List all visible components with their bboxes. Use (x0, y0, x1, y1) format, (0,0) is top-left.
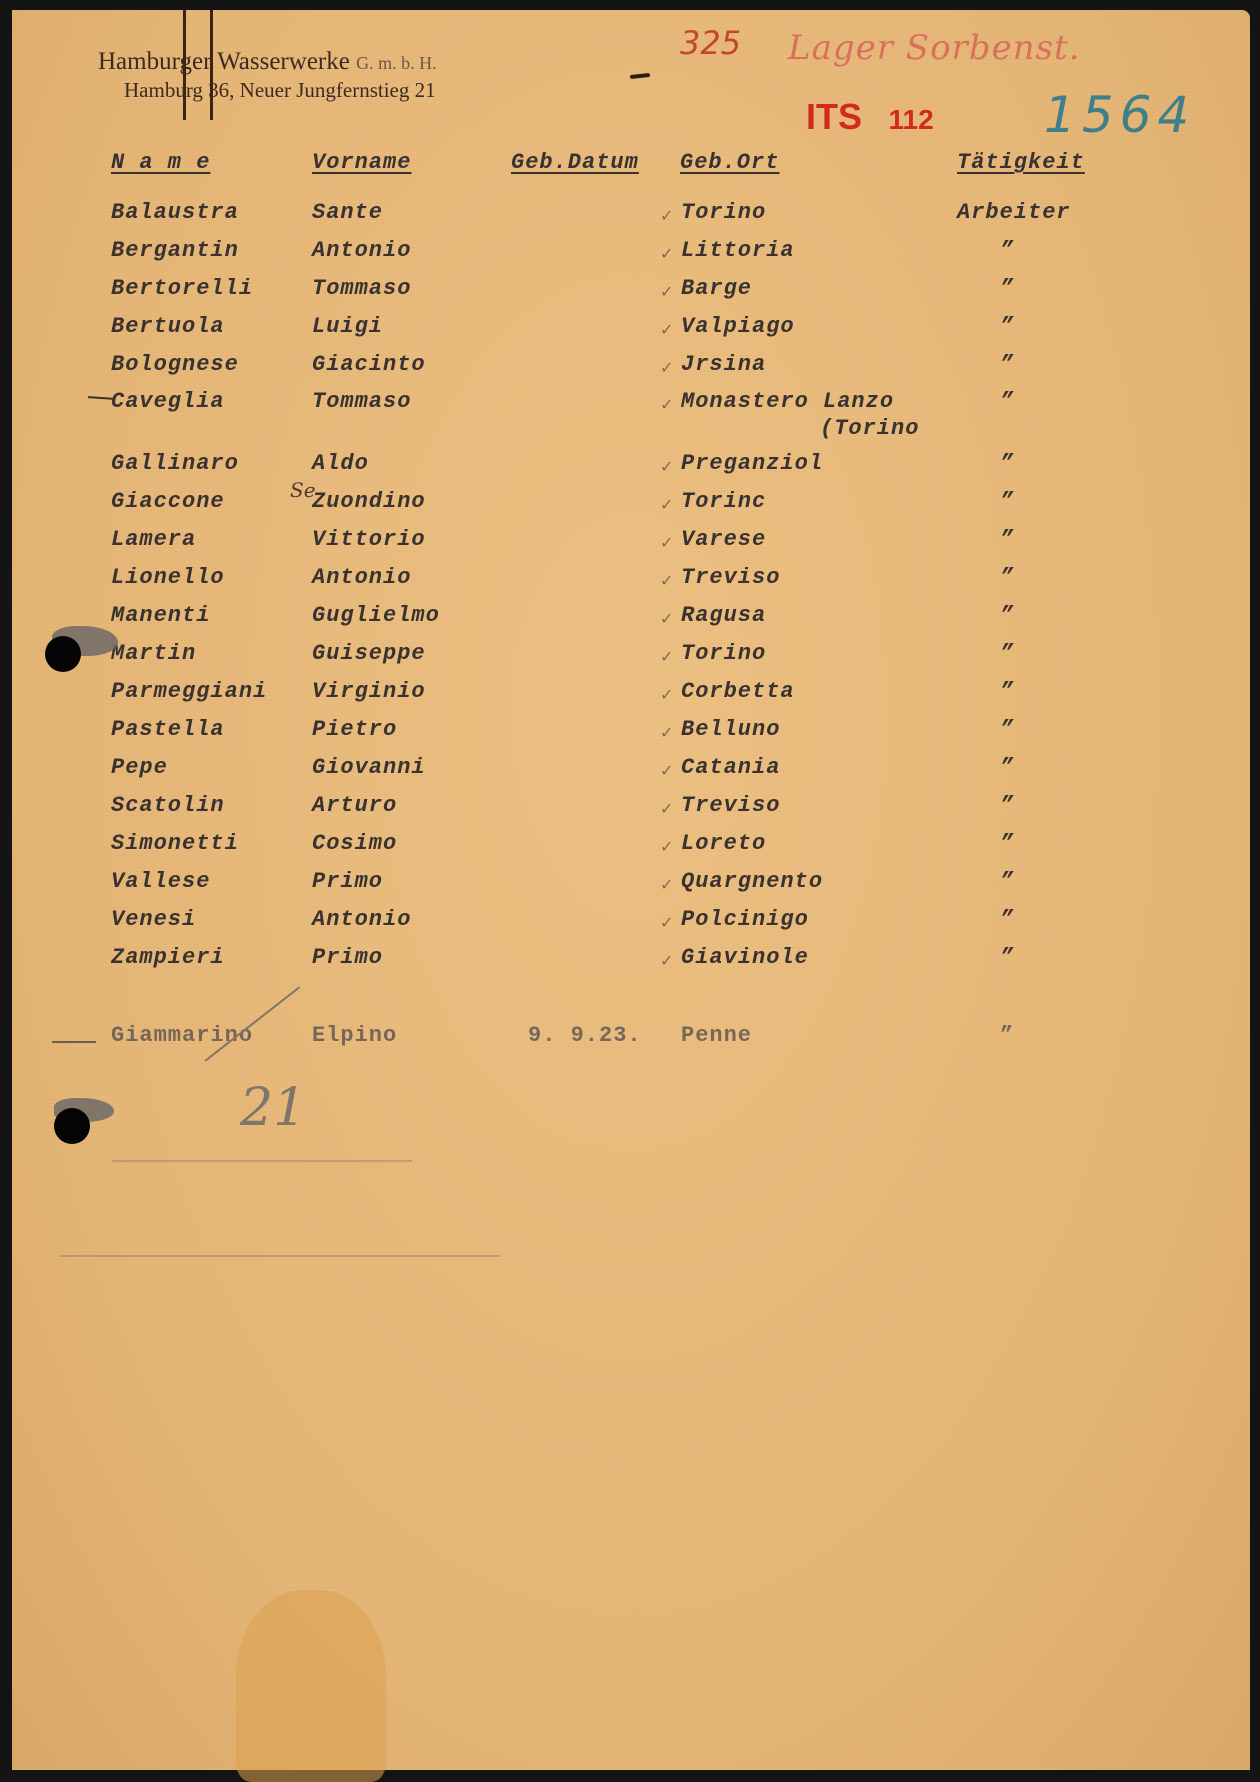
cell-name: Giaccone (111, 489, 225, 514)
checkmark-icon: ✓ (660, 282, 673, 301)
checkmark-icon: ✓ (660, 799, 673, 818)
cell-name: Lamera (111, 527, 196, 552)
cell-taetigkeit: ” (1000, 352, 1014, 377)
cell-geb-ort: Ragusa (681, 603, 766, 628)
cell-name: Venesi (111, 907, 196, 932)
cell-vorname: Virginio (312, 679, 426, 704)
cell-vorname: Giacinto (312, 352, 426, 377)
cell-taetigkeit: ” (1000, 755, 1014, 780)
cell-vorname: Guglielmo (312, 603, 440, 628)
cell-vorname: Guiseppe (312, 641, 426, 666)
header-vorname: Vorname (312, 150, 411, 175)
pencil-number: 21 (240, 1078, 306, 1138)
cell-geb-ort: Jrsina (681, 352, 766, 377)
cell-geb-ort: Barge (681, 276, 752, 301)
cell-taetigkeit: ” (1000, 451, 1014, 476)
cell-vorname: Giovanni (312, 755, 426, 780)
cell-taetigkeit: ” (1000, 717, 1014, 742)
cell-vorname: Sante (312, 200, 383, 225)
checkmark-icon: ✓ (660, 951, 673, 970)
header-name: N a m e (111, 150, 210, 175)
cell-taetigkeit: ” (1000, 679, 1014, 704)
cell-taetigkeit: ” (1000, 314, 1014, 339)
cell-name: Lionello (111, 565, 225, 590)
checkmark-icon: ✓ (660, 206, 673, 225)
checkmark-icon: ✓ (660, 761, 673, 780)
punch-hole (54, 1108, 90, 1144)
cell-vorname: Antonio (312, 565, 411, 590)
cell-name: Zampieri (111, 945, 225, 970)
cell-name: Bolognese (111, 352, 239, 377)
blue-handwritten-number: 1564 (1044, 86, 1195, 144)
cell-geb-ort: Polcinigo (681, 907, 809, 932)
cell-taetigkeit: ” (1000, 276, 1014, 301)
punch-hole (45, 636, 81, 672)
cell-geb-ort: Treviso (681, 565, 780, 590)
cell-taetigkeit: Arbeiter (957, 200, 1071, 225)
cell-taetigkeit: ” (1000, 238, 1014, 263)
cell-vorname: Vittorio (312, 527, 426, 552)
cell-vorname: Tommaso (312, 276, 411, 301)
cell-vorname: Luigi (312, 314, 383, 339)
water-stain (236, 1590, 386, 1782)
header-geb-ort: Geb.Ort (680, 150, 779, 175)
cell-name: Balaustra (111, 200, 239, 225)
cell-name: Simonetti (111, 831, 239, 856)
cell-geb-ort: Monastero Lanzo (681, 389, 894, 414)
cell-geb-ort: Catania (681, 755, 780, 780)
handwritten-dash (52, 1041, 96, 1043)
cell-taetigkeit: ” (1000, 907, 1014, 932)
cell-name: Giammarino (111, 1023, 253, 1048)
checkmark-icon: ✓ (660, 875, 673, 894)
company-name: Hamburger Wasserwerke G. m. b. H. (98, 48, 437, 76)
cell-geb-ort: Penne (681, 1023, 752, 1048)
cell-taetigkeit: ” (1000, 527, 1014, 552)
checkmark-icon: ✓ (660, 495, 673, 514)
its-stamp-number: 112 (888, 104, 933, 135)
cell-taetigkeit: ” (1000, 793, 1014, 818)
cell-geb-ort: Preganziol (681, 451, 823, 476)
cell-taetigkeit: ” (1000, 869, 1014, 894)
cell-geb-ort: Torinc (681, 489, 766, 514)
cell-name: Bertuola (111, 314, 225, 339)
cell-taetigkeit: ” (1000, 945, 1014, 970)
cell-geb-datum: 9. 9.23. (528, 1023, 642, 1048)
cell-geb-ort: Corbetta (681, 679, 795, 704)
checkmark-icon: ✓ (660, 395, 673, 414)
cell-taetigkeit: ” (1000, 603, 1014, 628)
header-taetigkeit: Tätigkeit (957, 150, 1085, 175)
handwritten-correction: Se (290, 478, 316, 502)
its-stamp: ITS 112 (806, 96, 934, 138)
cell-name: Caveglia (111, 389, 225, 414)
cell-name: Parmeggiani (111, 679, 267, 704)
checkmark-icon: ✓ (660, 609, 673, 628)
cell-vorname: Antonio (312, 907, 411, 932)
red-handwritten-number: 325 (680, 24, 741, 62)
cell-vorname: Primo (312, 869, 383, 894)
checkmark-icon: ✓ (660, 723, 673, 742)
cell-taetigkeit: ” (1000, 565, 1014, 590)
cell-vorname: Cosimo (312, 831, 397, 856)
letterhead: Hamburger Wasserwerke G. m. b. H. Hambur… (98, 48, 437, 103)
pencil-scribble (112, 1160, 412, 1162)
checkmark-icon: ✓ (660, 837, 673, 856)
cell-name: Scatolin (111, 793, 225, 818)
checkmark-icon: ✓ (660, 533, 673, 552)
checkmark-icon: ✓ (660, 685, 673, 704)
company-suffix: G. m. b. H. (356, 53, 437, 73)
cell-vorname: Antonio (312, 238, 411, 263)
cell-vorname: Elpino (312, 1023, 397, 1048)
pencil-scribble (60, 1255, 500, 1257)
cell-vorname: Primo (312, 945, 383, 970)
checkmark-icon: ✓ (660, 358, 673, 377)
checkmark-icon: ✓ (660, 647, 673, 666)
checkmark-icon: ✓ (660, 244, 673, 263)
cell-geb-ort: Quargnento (681, 869, 823, 894)
cell-geb-ort-continued: (Torino (820, 416, 919, 441)
red-handwritten-note: Lager Sorbenst. (788, 28, 1081, 68)
its-stamp-label: ITS (806, 96, 862, 137)
header-geb-datum: Geb.Datum (511, 150, 639, 175)
cell-name: Martin (111, 641, 196, 666)
cell-taetigkeit: ” (1000, 389, 1014, 414)
cell-name: Bergantin (111, 238, 239, 263)
cell-name: Pepe (111, 755, 168, 780)
cell-name: Pastella (111, 717, 225, 742)
cell-vorname: Zuondino (312, 489, 426, 514)
cell-geb-ort: Torino (681, 200, 766, 225)
cell-geb-ort: Varese (681, 527, 766, 552)
checkmark-icon: ✓ (660, 457, 673, 476)
cell-taetigkeit: ” (1000, 489, 1014, 514)
cell-geb-ort: Littoria (681, 238, 795, 263)
cell-vorname: Aldo (312, 451, 369, 476)
checkmark-icon: ✓ (660, 913, 673, 932)
cell-vorname: Tommaso (312, 389, 411, 414)
cell-taetigkeit: ” (1000, 831, 1014, 856)
cell-name: Gallinaro (111, 451, 239, 476)
cell-geb-ort: Loreto (681, 831, 766, 856)
cell-taetigkeit: ” (1000, 641, 1014, 666)
cell-name: Manenti (111, 603, 210, 628)
company-address: Hamburg 36, Neuer Jungfernstieg 21 (124, 78, 437, 103)
cell-geb-ort: Giavinole (681, 945, 809, 970)
cell-name: Bertorelli (111, 276, 253, 301)
cell-geb-ort: Belluno (681, 717, 780, 742)
cell-geb-ort: Valpiago (681, 314, 795, 339)
cell-geb-ort: Treviso (681, 793, 780, 818)
checkmark-icon: ✓ (660, 320, 673, 339)
cell-geb-ort: Torino (681, 641, 766, 666)
checkmark-icon: ✓ (660, 571, 673, 590)
cell-taetigkeit: ” (1000, 1023, 1014, 1048)
cell-vorname: Pietro (312, 717, 397, 742)
cell-name: Vallese (111, 869, 210, 894)
cell-vorname: Arturo (312, 793, 397, 818)
